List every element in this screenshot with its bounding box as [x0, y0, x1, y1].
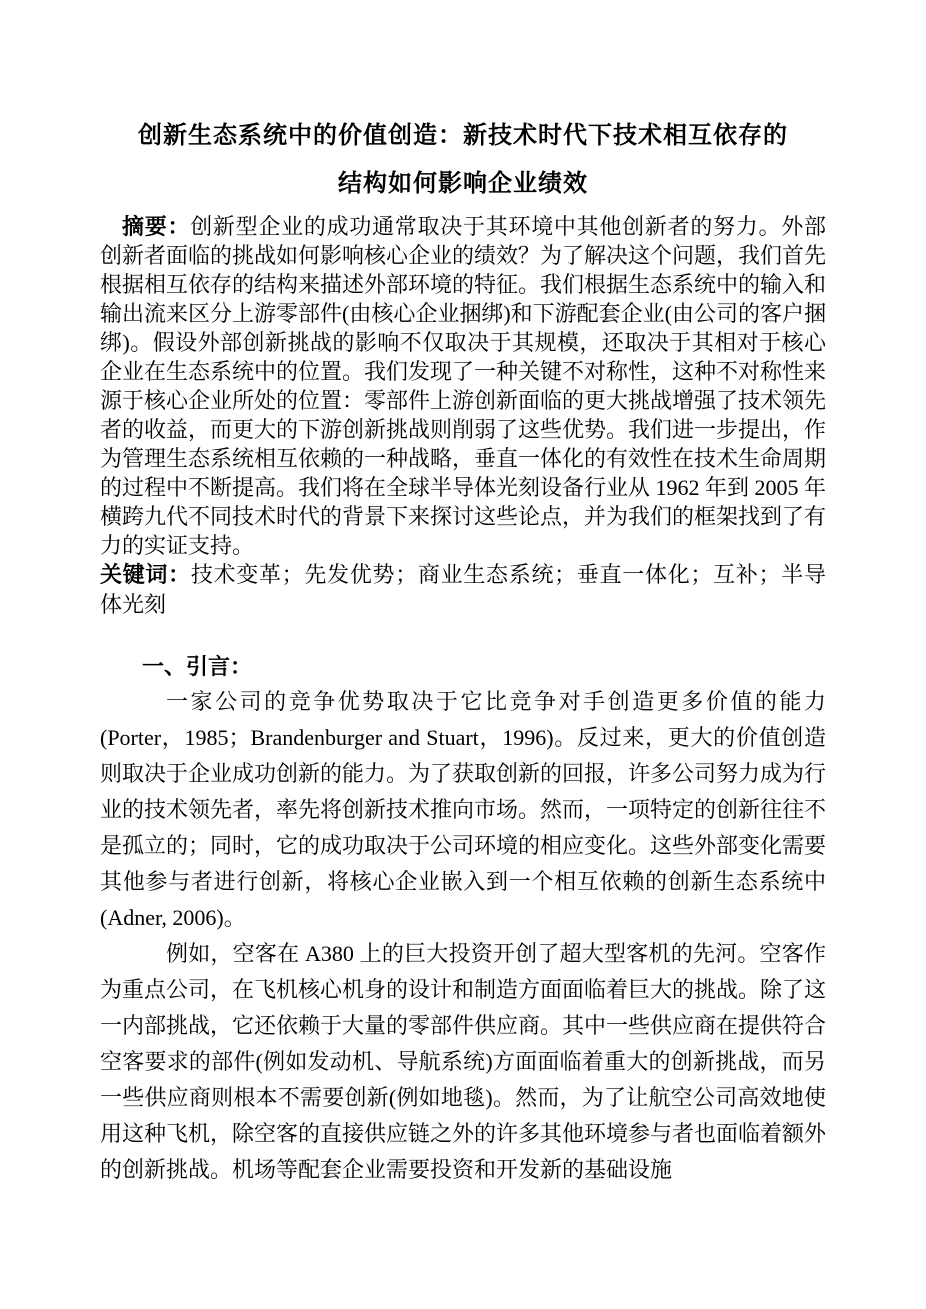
keywords-text: 技术变革；先发优势；商业生态系统；垂直一体化；互补；半导体光刻 — [100, 562, 826, 617]
paper-title-line-1: 创新生态系统中的价值创造：新技术时代下技术相互依存的 — [100, 112, 826, 160]
abstract-paragraph: 摘要：创新型企业的成功通常取决于其环境中其他创新者的努力。外部创新者面临的挑战如… — [100, 212, 826, 560]
section-heading-introduction: 一、引言： — [100, 650, 826, 684]
document-page: 创新生态系统中的价值创造：新技术时代下技术相互依存的 结构如何影响企业绩效 摘要… — [0, 0, 926, 1309]
intro-paragraph-2: 例如，空客在 A380 上的巨大投资开创了超大型客机的先河。空客作为重点公司，在… — [100, 936, 826, 1188]
keywords-label: 关键词： — [100, 562, 191, 587]
paper-title-line-2: 结构如何影响企业绩效 — [100, 160, 826, 208]
paper-title: 创新生态系统中的价值创造：新技术时代下技术相互依存的 结构如何影响企业绩效 — [100, 112, 826, 208]
intro-paragraph-1: 一家公司的竞争优势取决于它比竞争对手创造更多价值的能力(Porter，1985；… — [100, 684, 826, 936]
abstract-text: 创新型企业的成功通常取决于其环境中其他创新者的努力。外部创新者面临的挑战如何影响… — [100, 214, 826, 558]
abstract-label: 摘要： — [122, 214, 190, 239]
keywords-paragraph: 关键词：技术变革；先发优势；商业生态系统；垂直一体化；互补；半导体光刻 — [100, 560, 826, 620]
